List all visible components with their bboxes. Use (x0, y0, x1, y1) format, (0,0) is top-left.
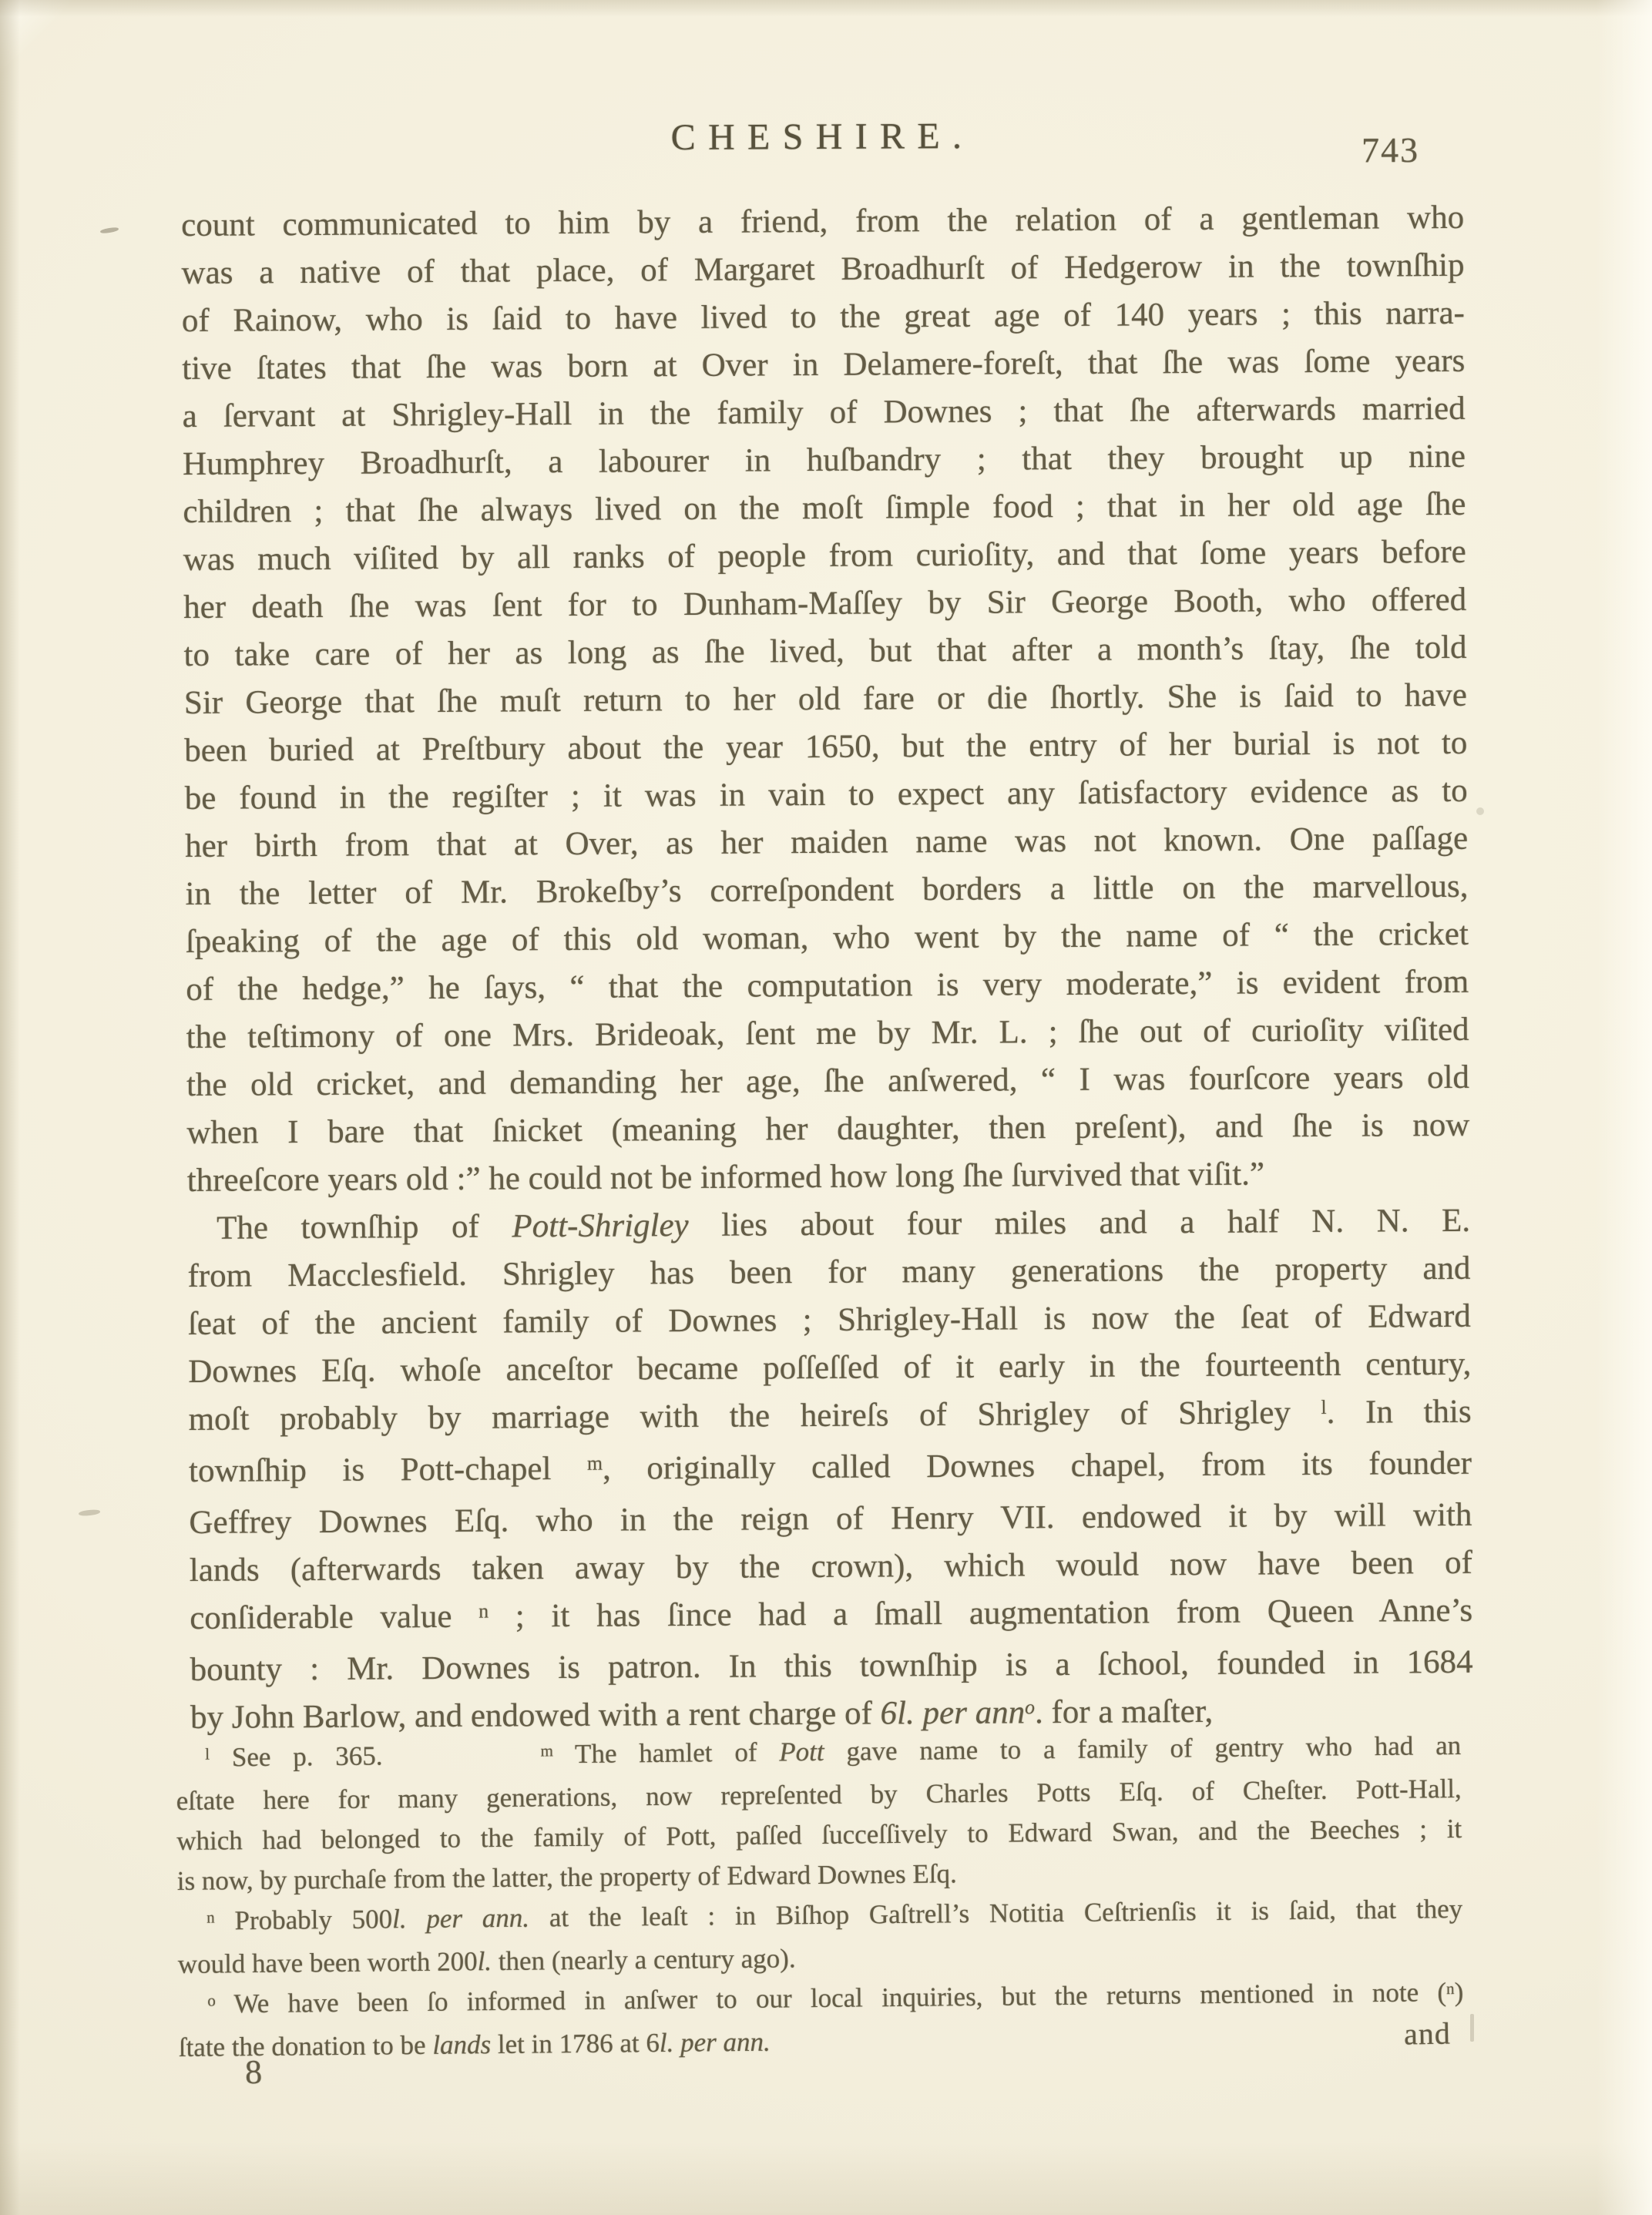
text-segment: The townſhip of (217, 1208, 512, 1246)
text-segment: townſhip is Pott-chapel (189, 1451, 587, 1489)
text-line: to take care of her as long as ſhe lived… (183, 624, 1466, 680)
footnote-marker: l (205, 1744, 210, 1763)
text-line: her birth from that at Over, as her maid… (185, 815, 1468, 871)
text-line: children ; that ſhe always lived on the … (183, 481, 1466, 536)
text-line: bounty : Mr. Downes is patron. In this t… (190, 1639, 1472, 1694)
text-segment: l. (660, 2028, 674, 2058)
footnote-marker: o (207, 1991, 216, 2009)
text-line: a ſervant at Shrigley-Hall in the family… (183, 385, 1466, 441)
text-segment: Pott-Shrigley (512, 1207, 689, 1244)
text-segment: a ſervant at Shrigley-Hall in the family… (183, 391, 1466, 435)
footnotes: l See p. 365.m The hamlet of Pott gave n… (176, 1726, 1464, 2068)
running-title: CHESHIRE. (181, 112, 1464, 162)
text-segment: let in 1786 at 6 (491, 2028, 660, 2059)
footnote-marker: o (1025, 1696, 1035, 1719)
text-segment: from Macclesfield. Shrigley has been for… (187, 1250, 1470, 1294)
text-line: was a native of that place, of Margaret … (181, 242, 1464, 297)
footnote-marker: n (206, 1908, 215, 1926)
text-segment: by John Barlow, and endowed with a rent … (190, 1695, 881, 1735)
text-line: Sir George that ſhe muſt return to her o… (184, 672, 1467, 727)
text-segment: tive ſtates that ſhe was born at Over in… (182, 343, 1465, 387)
text-segment: moſt probably by marriage with the heire… (189, 1394, 1321, 1438)
text-line: ſpeaking of the age of this old woman, w… (186, 911, 1469, 966)
text-line: townſhip is Pott-chapel m, originally ca… (189, 1440, 1472, 1499)
text-line: from Macclesfield. Shrigley has been for… (187, 1245, 1470, 1300)
text-segment: lands (432, 2029, 491, 2060)
text-segment: . In this (1327, 1394, 1472, 1431)
text-segment: of Rainow, who is ſaid to have lived to … (182, 295, 1465, 339)
footnote-marker: n (478, 1600, 489, 1623)
text-segment: The hamlet of (553, 1737, 780, 1769)
text-segment: l. per ann. (392, 1903, 529, 1935)
text-segment: Probably 500 (215, 1904, 393, 1935)
text-line: moſt probably by marriage with the heire… (188, 1388, 1471, 1448)
text-segment: then (nearly a century ago). (492, 1943, 796, 1976)
text-line: Geffrey Downes Eſq. who in the reign of … (189, 1492, 1472, 1547)
ink-speck (1470, 2014, 1474, 2042)
text-segment: was much viſited by all ranks of people … (183, 534, 1466, 578)
text-segment: is now, by purchaſe from the latter, the… (177, 1858, 957, 1896)
text-line: conſiderable value n ; it has ſince had … (190, 1587, 1472, 1646)
footnote-marker: l (1321, 1396, 1326, 1418)
text-segment: to take care of her as long as ſhe lived… (183, 629, 1466, 673)
text-segment: Humphrey Broadhurſt, a labourer in huſba… (183, 438, 1466, 482)
footnote-marker: m (587, 1452, 603, 1475)
signature-mark: 8 (244, 2052, 263, 2093)
text-segment: which had belonged to the family of Pott… (176, 1814, 1462, 1856)
text-line: count communicated to him by a friend, f… (181, 194, 1464, 250)
text-line: the teſtimony of one Mrs. Brideoak, ſent… (186, 1006, 1469, 1062)
text-segment: Downes Eſq. whoſe anceſtor became poſſeſ… (188, 1346, 1471, 1390)
text-segment: per ann. (680, 2027, 771, 2058)
text-segment: ) (1454, 1977, 1463, 2007)
page-sheet: CHESHIRE. 743 count communicated to him … (0, 0, 1652, 2215)
ink-speck (79, 1509, 101, 1517)
ink-speck (1476, 807, 1484, 815)
text-segment: the old cricket, and demanding her age, … (186, 1059, 1469, 1103)
footnote-marker: n (1446, 1979, 1455, 1998)
text-line: of Rainow, who is ſaid to have lived to … (182, 290, 1465, 345)
text-line: threeſcore years old :” he could not be … (187, 1149, 1470, 1205)
text-segment: We have been ſo informed in anſwer to ou… (216, 1977, 1447, 2019)
body-text: count communicated to him by a friend, f… (181, 194, 1473, 1746)
text-segment: ſpeaking of the age of this old woman, w… (186, 916, 1469, 960)
text-line: Humphrey Broadhurſt, a labourer in huſba… (183, 433, 1466, 488)
text-segment: lies about four miles and a half N. N. E… (689, 1203, 1471, 1243)
text-segment: conſiderable value (190, 1599, 478, 1636)
text-segment: ; it has ſince had a ſmall augmentation … (489, 1592, 1472, 1635)
text-segment: the teſtimony of one Mrs. Brideoak, ſent… (186, 1012, 1469, 1055)
catchword: and (1404, 2015, 1452, 2052)
text-segment: her death ſhe was ſent for to Dunham-Maſ… (183, 582, 1466, 626)
text-segment: eſtate here for many generations, now re… (176, 1774, 1462, 1816)
text-segment: was a native of that place, of Margaret … (181, 247, 1464, 291)
page-number: 743 (1362, 129, 1419, 170)
text-segment: . for a maſter, (1035, 1693, 1213, 1730)
page-header: CHESHIRE. 743 (181, 112, 1464, 181)
text-segment: Geffrey Downes Eſq. who in the reign of … (189, 1497, 1472, 1541)
text-line: was much viſited by all ranks of people … (183, 529, 1466, 584)
text-segment: Sir George that ſhe muſt return to her o… (184, 677, 1467, 721)
text-segment: would have been worth 200 (178, 1946, 478, 1979)
text-line: tive ſtates that ſhe was born at Over in… (182, 337, 1465, 393)
text-segment: count communicated to him by a friend, f… (181, 200, 1464, 243)
text-segment: of the hedge,” he ſays, “ that the compu… (186, 964, 1469, 1008)
text-segment: in the letter of Mr. Brokeſby’s correſpo… (185, 868, 1468, 912)
text-segment: at the leaſt : in Biſhop Gaſtrell’s Noti… (529, 1894, 1463, 1933)
text-line: of the hedge,” he ſays, “ that the compu… (186, 958, 1469, 1014)
text-line: Downes Eſq. whoſe anceſtor became poſſeſ… (188, 1341, 1471, 1396)
scanned-book-page: { "colors":{"paper":"#f4efdd","ink":"#63… (0, 0, 1652, 2215)
text-segment: gave name to a family of gentry who had … (824, 1730, 1461, 1767)
text-segment: when I bare that ſnicket (meaning her da… (186, 1107, 1469, 1151)
text-segment: been buried at Preſtbury about the year … (184, 725, 1467, 769)
text-line: when I bare that ſnicket (meaning her da… (186, 1102, 1469, 1157)
text-segment: threeſcore years old :” he could not be … (187, 1156, 1265, 1199)
text-segment: bounty : Mr. Downes is patron. In this t… (190, 1644, 1472, 1688)
text-line: in the letter of Mr. Brokeſby’s correſpo… (185, 863, 1468, 918)
text-segment: her birth from that at Over, as her maid… (185, 821, 1468, 864)
text-line: lands (afterwards taken away by the crow… (190, 1539, 1472, 1595)
text-line: her death ſhe was ſent for to Dunham-Maſ… (183, 576, 1466, 632)
text-line: been buried at Preſtbury about the year … (184, 720, 1467, 775)
text-segment: See p. 365. (210, 1740, 383, 1772)
text-segment: lands (afterwards taken away by the crow… (190, 1545, 1472, 1589)
text-segment: children ; that ſhe always lived on the … (183, 486, 1466, 530)
text-segment: 6l. per ann (880, 1694, 1025, 1731)
text-line: be found in the regiſter ; it was in vai… (185, 767, 1468, 823)
footnote-marker: m (540, 1741, 553, 1760)
text-segment: , originally called Downes chapel, from … (603, 1445, 1472, 1487)
text-segment: l. (477, 1946, 492, 1976)
text-line: The townſhip of Pott-Shrigley lies about… (187, 1197, 1470, 1253)
text-line: ſeat of the ancient family of Downes ; S… (188, 1293, 1471, 1348)
text-segment: ſeat of the ancient family of Downes ; S… (188, 1298, 1471, 1342)
text-segment: ſtate the donation to be (179, 2030, 433, 2062)
text-line: the old cricket, and demanding her age, … (186, 1054, 1469, 1109)
ink-speck (100, 227, 119, 234)
text-segment: Pott (779, 1737, 824, 1767)
text-segment: be found in the regiſter ; it was in vai… (185, 773, 1468, 817)
